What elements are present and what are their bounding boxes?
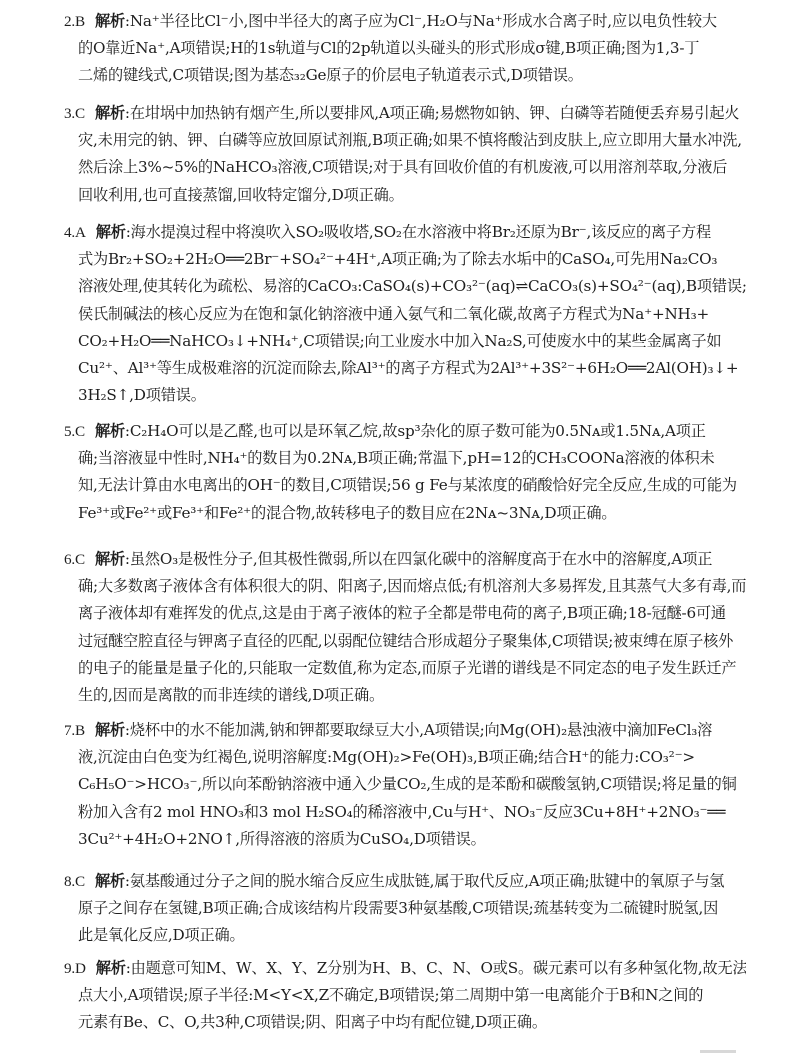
explanation-text: :C₂H₄O可以是乙醛,也可以是环氧乙烷,故sp³杂化的原子数可能为0.5Nᴀ或…: [125, 422, 706, 440]
answer-item: 4.A解析:海水提溴过程中将溴吹入SO₂吸收塔,SO₂在水溶液中将Br₂还原为B…: [64, 219, 746, 409]
explanation-text: 的O靠近Na⁺,A项错误;H的1s轨道与Cl的2p轨道以头碰头的形式形成σ键,B…: [78, 39, 699, 57]
answer-item: 3.C解析:在坩埚中加热钠有烟产生,所以要排风,A项正确;易燃物如钠、钾、白磷等…: [64, 100, 746, 209]
answer-line: 确;大多数离子液体含有体积很大的阴、阳离子,因而熔点低;有机溶剂大多易挥发,且其…: [64, 573, 746, 600]
answer-item: 9.D解析:由题意可知M、W、X、Y、Z分别为H、B、C、N、O或S。碳元素可以…: [64, 955, 746, 1037]
answer-line: 生的,因而是离散的而非连续的谱线,D项正确。: [64, 682, 746, 709]
answer-first-line: 4.A解析:海水提溴过程中将溴吹入SO₂吸收塔,SO₂在水溶液中将Br₂还原为B…: [64, 219, 746, 246]
explanation-text: 知,无法计算由水电离出的OH⁻的数目,C项错误;56 g Fe与某浓度的硝酸恰好…: [78, 476, 737, 494]
question-number: 9.: [64, 960, 75, 977]
answer-line: 离子液体却有难挥发的优点,这是由于离子液体的粒子全都是带电荷的离子,B项正确;1…: [64, 600, 746, 627]
explanation-text: CO₂+H₂O══NaHCO₃↓+NH₄⁺,C项错误;向工业废水中加入Na₂S,…: [78, 332, 721, 350]
answer-first-line: 3.C解析:在坩埚中加热钠有烟产生,所以要排风,A项正确;易燃物如钠、钾、白磷等…: [64, 100, 746, 127]
explanation-text: 元素有Be、C、O,共3种,C项错误;阴、阳离子中均有配位键,D项正确。: [78, 1013, 547, 1031]
answer-line: 点大小,A项错误;原子半径:M<Y<X,Z不确定,B项错误;第二周期中第一电离能…: [64, 982, 746, 1009]
answer-line: 回收利用,也可直接蒸馏,回收特定馏分,D项正确。: [64, 182, 746, 209]
explanation-text: 式为Br₂+SO₂+2H₂O══2Br⁻+SO₄²⁻+4H⁺,A项正确;为了除去…: [78, 250, 717, 268]
answer-first-line: 6.C解析:虽然O₃是极性分子,但其极性微弱,所以在四氯化碳中的溶解度高于在水中…: [64, 546, 746, 573]
explanation-text: 离子液体却有难挥发的优点,这是由于离子液体的粒子全都是带电荷的离子,B项正确;1…: [78, 604, 726, 622]
explanation-label: 解析: [95, 422, 125, 440]
question-number: 8.: [64, 873, 75, 890]
answer-line: 二烯的键线式,C项错误;图为基态₃₂Ge原子的价层电子轨道表示式,D项错误。: [64, 62, 746, 89]
explanation-label: 解析: [95, 12, 125, 30]
explanation-text: :海水提溴过程中将溴吹入SO₂吸收塔,SO₂在水溶液中将Br₂还原为Br⁻,该反…: [126, 223, 711, 241]
answer-first-line: 8.C解析:氨基酸通过分子之间的脱水缩合反应生成肽链,属于取代反应,A项正确;肽…: [64, 868, 746, 895]
answer-item: 8.C解析:氨基酸通过分子之间的脱水缩合反应生成肽链,属于取代反应,A项正确;肽…: [64, 868, 746, 950]
explanation-label: 解析: [95, 104, 125, 122]
explanation-text: 点大小,A项错误;原子半径:M<Y<X,Z不确定,B项错误;第二周期中第一电离能…: [78, 986, 703, 1004]
answer-line: 3Cu²⁺+4H₂O+2NO↑,所得溶液的溶质为CuSO₄,D项错误。: [64, 826, 746, 853]
answer-letter: C: [75, 873, 85, 890]
explanation-label: 解析: [95, 550, 125, 568]
explanation-label: 解析: [95, 872, 125, 890]
answer-letter: A: [75, 224, 86, 241]
explanation-text: 的电子的能量是量子化的,只能取一定数值,称为定态,而原子光谱的谱线是不同定态的电…: [78, 659, 736, 677]
answer-letter: C: [75, 423, 85, 440]
answer-line: C₆H₅O⁻>HCO₃⁻,所以向苯酚钠溶液中通入少量CO₂,生成的是苯酚和碳酸氢…: [64, 771, 746, 798]
answer-item: 5.C解析:C₂H₄O可以是乙醛,也可以是环氧乙烷,故sp³杂化的原子数可能为0…: [64, 418, 746, 527]
answer-item: 6.C解析:虽然O₃是极性分子,但其极性微弱,所以在四氯化碳中的溶解度高于在水中…: [64, 546, 746, 709]
explanation-text: :在坩埚中加热钠有烟产生,所以要排风,A项正确;易燃物如钠、钾、白磷等若随便丢弃…: [125, 104, 739, 122]
answer-line: 此是氧化反应,D项正确。: [64, 922, 746, 949]
answer-line: 侯氏制碱法的核心反应为在饱和氯化钠溶液中通入氨气和二氧化碳,故离子方程式为Na⁺…: [64, 301, 746, 328]
answer-first-line: 2.B解析:Na⁺半径比Cl⁻小,图中半径大的离子应为Cl⁻,H₂O与Na⁺形成…: [64, 8, 746, 35]
explanation-text: 生的,因而是离散的而非连续的谱线,D项正确。: [78, 686, 384, 704]
answer-letter: B: [75, 13, 85, 30]
answer-line: 的电子的能量是量子化的,只能取一定数值,称为定态,而原子光谱的谱线是不同定态的电…: [64, 655, 746, 682]
explanation-text: 3H₂S↑,D项错误。: [78, 386, 206, 404]
answer-item: 2.B解析:Na⁺半径比Cl⁻小,图中半径大的离子应为Cl⁻,H₂O与Na⁺形成…: [64, 8, 746, 90]
explanation-text: :Na⁺半径比Cl⁻小,图中半径大的离子应为Cl⁻,H₂O与Na⁺形成水合离子时…: [125, 12, 717, 30]
answer-line: 灾,未用完的钠、钾、白磷等应放回原试剂瓶,B项正确;如果不慎将酸沾到皮肤上,应立…: [64, 127, 746, 154]
answer-line: 溶液处理,使其转化为疏松、易溶的CaCO₃:CaSO₄(s)+CO₃²⁻(aq)…: [64, 273, 746, 300]
answer-line: 的O靠近Na⁺,A项错误;H的1s轨道与Cl的2p轨道以头碰头的形式形成σ键,B…: [64, 35, 746, 62]
explanation-text: :由题意可知M、W、X、Y、Z分别为H、B、C、N、O或S。碳元素可以有多种氢化…: [126, 959, 746, 977]
answer-line: 3H₂S↑,D项错误。: [64, 382, 746, 409]
explanation-text: 过冠醚空腔直径与钾离子直径的匹配,以弱配位键结合形成超分子聚集体,C项错误;被束…: [78, 632, 733, 650]
explanation-label: 解析: [95, 721, 125, 739]
explanation-text: C₆H₅O⁻>HCO₃⁻,所以向苯酚钠溶液中通入少量CO₂,生成的是苯酚和碳酸氢…: [78, 775, 737, 793]
answer-line: 确;当溶液显中性时,NH₄⁺的数目为0.2Nᴀ,B项正确;常温下,pH=12的C…: [64, 445, 746, 472]
explanation-text: 回收利用,也可直接蒸馏,回收特定馏分,D项正确。: [78, 186, 404, 204]
answer-line: 原子之间存在氢键,B项正确;合成该结构片段需要3种氨基酸,C项错误;巯基转变为二…: [64, 895, 746, 922]
answer-letter: B: [75, 722, 85, 739]
explanation-text: 侯氏制碱法的核心反应为在饱和氯化钠溶液中通入氨气和二氧化碳,故离子方程式为Na⁺…: [78, 305, 709, 323]
explanation-text: 3Cu²⁺+4H₂O+2NO↑,所得溶液的溶质为CuSO₄,D项错误。: [78, 830, 486, 848]
explanation-text: :虽然O₃是极性分子,但其极性微弱,所以在四氯化碳中的溶解度高于在水中的溶解度,…: [125, 550, 712, 568]
explanation-text: :氨基酸通过分子之间的脱水缩合反应生成肽链,属于取代反应,A项正确;肽键中的氧原…: [125, 872, 724, 890]
explanation-text: 二烯的键线式,C项错误;图为基态₃₂Ge原子的价层电子轨道表示式,D项错误。: [78, 66, 583, 84]
question-number: 6.: [64, 551, 75, 568]
answer-line: 然后涂上3%~5%的NaHCO₃溶液,C项错误;对于具有回收价值的有机废液,可以…: [64, 154, 746, 181]
question-number: 3.: [64, 105, 75, 122]
explanation-text: Fe³⁺或Fe²⁺或Fe³⁺和Fe²⁺的混合物,故转移电子的数目应在2Nᴀ~3N…: [78, 504, 616, 522]
answer-letter: C: [75, 105, 85, 122]
page-footer-mark: [700, 1050, 736, 1053]
answer-line: Fe³⁺或Fe²⁺或Fe³⁺和Fe²⁺的混合物,故转移电子的数目应在2Nᴀ~3N…: [64, 500, 746, 527]
explanation-text: 溶液处理,使其转化为疏松、易溶的CaCO₃:CaSO₄(s)+CO₃²⁻(aq)…: [78, 277, 746, 295]
explanation-text: 液,沉淀由白色变为红褐色,说明溶解度:Mg(OH)₂>Fe(OH)₃,B项正确;…: [78, 748, 695, 766]
explanation-label: 解析: [96, 959, 126, 977]
answer-first-line: 7.B解析:烧杯中的水不能加满,钠和钾都要取绿豆大小,A项错误;向Mg(OH)₂…: [64, 717, 746, 744]
explanation-text: Cu²⁺、Al³⁺等生成极难溶的沉淀而除去,除Al³⁺的离子方程式为2Al³⁺+…: [78, 359, 738, 377]
explanation-text: 此是氧化反应,D项正确。: [78, 926, 244, 944]
answer-line: CO₂+H₂O══NaHCO₃↓+NH₄⁺,C项错误;向工业废水中加入Na₂S,…: [64, 328, 746, 355]
explanation-text: 确;当溶液显中性时,NH₄⁺的数目为0.2Nᴀ,B项正确;常温下,pH=12的C…: [78, 449, 714, 467]
question-number: 2.: [64, 13, 75, 30]
explanation-text: 然后涂上3%~5%的NaHCO₃溶液,C项错误;对于具有回收价值的有机废液,可以…: [78, 158, 727, 176]
explanation-text: 灾,未用完的钠、钾、白磷等应放回原试剂瓶,B项正确;如果不慎将酸沾到皮肤上,应立…: [78, 131, 742, 149]
explanation-label: 解析: [96, 223, 126, 241]
answer-first-line: 9.D解析:由题意可知M、W、X、Y、Z分别为H、B、C、N、O或S。碳元素可以…: [64, 955, 746, 982]
question-number: 7.: [64, 722, 75, 739]
answer-first-line: 5.C解析:C₂H₄O可以是乙醛,也可以是环氧乙烷,故sp³杂化的原子数可能为0…: [64, 418, 746, 445]
answer-line: 元素有Be、C、O,共3种,C项错误;阴、阳离子中均有配位键,D项正确。: [64, 1009, 746, 1036]
explanation-text: 确;大多数离子液体含有体积很大的阴、阳离子,因而熔点低;有机溶剂大多易挥发,且其…: [78, 577, 746, 595]
answer-item: 7.B解析:烧杯中的水不能加满,钠和钾都要取绿豆大小,A项错误;向Mg(OH)₂…: [64, 717, 746, 853]
explanation-text: :烧杯中的水不能加满,钠和钾都要取绿豆大小,A项错误;向Mg(OH)₂悬浊液中滴…: [125, 721, 712, 739]
question-number: 5.: [64, 423, 75, 440]
explanation-text: 原子之间存在氢键,B项正确;合成该结构片段需要3种氨基酸,C项错误;巯基转变为二…: [78, 899, 718, 917]
answer-line: 知,无法计算由水电离出的OH⁻的数目,C项错误;56 g Fe与某浓度的硝酸恰好…: [64, 472, 746, 499]
answer-letter: C: [75, 551, 85, 568]
answer-line: 液,沉淀由白色变为红褐色,说明溶解度:Mg(OH)₂>Fe(OH)₃,B项正确;…: [64, 744, 746, 771]
answer-letter: D: [75, 960, 86, 977]
question-number: 4.: [64, 224, 75, 241]
answer-line: 过冠醚空腔直径与钾离子直径的匹配,以弱配位键结合形成超分子聚集体,C项错误;被束…: [64, 628, 746, 655]
answer-line: 式为Br₂+SO₂+2H₂O══2Br⁻+SO₄²⁻+4H⁺,A项正确;为了除去…: [64, 246, 746, 273]
explanation-text: 粉加入含有2 mol HNO₃和3 mol H₂SO₄的稀溶液中,Cu与H⁺、N…: [78, 803, 725, 821]
answer-line: Cu²⁺、Al³⁺等生成极难溶的沉淀而除去,除Al³⁺的离子方程式为2Al³⁺+…: [64, 355, 746, 382]
answer-line: 粉加入含有2 mol HNO₃和3 mol H₂SO₄的稀溶液中,Cu与H⁺、N…: [64, 799, 746, 826]
